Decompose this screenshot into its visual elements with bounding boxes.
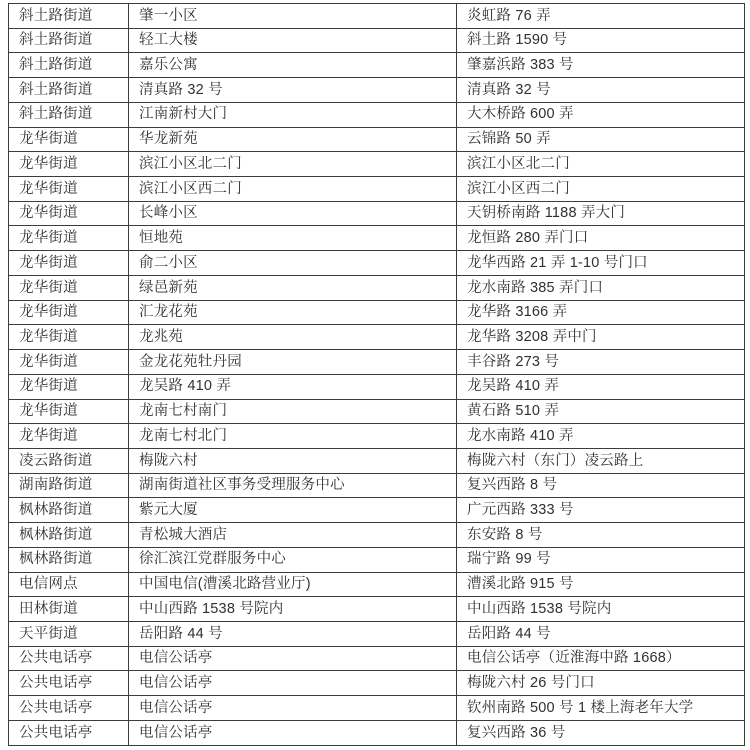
cell-address: 钦州南路 500 号 1 楼上海老年大学 — [457, 696, 745, 721]
cell-address: 漕溪北路 915 号 — [457, 572, 745, 597]
cell-address: 龙华西路 21 弄 1-10 号门口 — [457, 251, 745, 276]
cell-district: 枫林路街道 — [9, 547, 129, 572]
cell-address: 中山西路 1538 号院内 — [457, 597, 745, 622]
table-row: 龙华街道绿邑新苑龙水南路 385 弄门口 — [9, 275, 745, 300]
cell-address: 滨江小区西二门 — [457, 177, 745, 202]
cell-district: 田林街道 — [9, 597, 129, 622]
cell-name: 青松城大酒店 — [129, 523, 457, 548]
cell-name: 岳阳路 44 号 — [129, 621, 457, 646]
cell-address: 岳阳路 44 号 — [457, 621, 745, 646]
cell-name: 金龙花苑牡丹园 — [129, 350, 457, 375]
cell-name: 华龙新苑 — [129, 127, 457, 152]
cell-district: 龙华街道 — [9, 226, 129, 251]
table-row: 龙华街道龙兆苑龙华路 3208 弄中门 — [9, 325, 745, 350]
cell-district: 电信网点 — [9, 572, 129, 597]
cell-district: 枫林路街道 — [9, 498, 129, 523]
table-row: 斜土路街道江南新村大门大木桥路 600 弄 — [9, 102, 745, 127]
cell-name: 俞二小区 — [129, 251, 457, 276]
cell-name: 轻工大楼 — [129, 28, 457, 53]
locations-table: 斜土路街道肇一小区炎虹路 76 弄斜土路街道轻工大楼斜土路 1590 号斜土路街… — [8, 3, 745, 746]
cell-address: 肇嘉浜路 383 号 — [457, 53, 745, 78]
cell-district: 龙华街道 — [9, 127, 129, 152]
cell-district: 公共电话亭 — [9, 646, 129, 671]
cell-district: 湖南路街道 — [9, 473, 129, 498]
table-row: 龙华街道汇龙花苑龙华路 3166 弄 — [9, 300, 745, 325]
cell-name: 滨江小区北二门 — [129, 152, 457, 177]
table-row: 斜土路街道清真路 32 号清真路 32 号 — [9, 78, 745, 103]
cell-name: 中山西路 1538 号院内 — [129, 597, 457, 622]
cell-name: 清真路 32 号 — [129, 78, 457, 103]
cell-name: 梅陇六村 — [129, 448, 457, 473]
cell-address: 广元西路 333 号 — [457, 498, 745, 523]
table-row: 斜土路街道肇一小区炎虹路 76 弄 — [9, 4, 745, 29]
cell-district: 斜土路街道 — [9, 78, 129, 103]
cell-address: 龙水南路 410 弄 — [457, 424, 745, 449]
table-row: 龙华街道龙吴路 410 弄龙吴路 410 弄 — [9, 374, 745, 399]
cell-district: 龙华街道 — [9, 399, 129, 424]
cell-address: 斜土路 1590 号 — [457, 28, 745, 53]
cell-district: 龙华街道 — [9, 374, 129, 399]
table-row: 龙华街道龙南七村南门黄石路 510 弄 — [9, 399, 745, 424]
cell-name: 滨江小区西二门 — [129, 177, 457, 202]
table-row: 龙华街道滨江小区北二门滨江小区北二门 — [9, 152, 745, 177]
table-row: 公共电话亭电信公话亭梅陇六村 26 号门口 — [9, 671, 745, 696]
cell-address: 龙华路 3208 弄中门 — [457, 325, 745, 350]
cell-address: 梅陇六村（东门）凌云路上 — [457, 448, 745, 473]
cell-district: 龙华街道 — [9, 275, 129, 300]
cell-name: 紫元大厦 — [129, 498, 457, 523]
cell-address: 丰谷路 273 号 — [457, 350, 745, 375]
cell-address: 大木桥路 600 弄 — [457, 102, 745, 127]
cell-name: 长峰小区 — [129, 201, 457, 226]
cell-district: 斜土路街道 — [9, 28, 129, 53]
cell-name: 肇一小区 — [129, 4, 457, 29]
table-row: 枫林路街道青松城大酒店东安路 8 号 — [9, 523, 745, 548]
document-page: 斜土路街道肇一小区炎虹路 76 弄斜土路街道轻工大楼斜土路 1590 号斜土路街… — [0, 0, 750, 750]
cell-address: 梅陇六村 26 号门口 — [457, 671, 745, 696]
cell-district: 龙华街道 — [9, 325, 129, 350]
table-row: 龙华街道恒地苑龙恒路 280 弄门口 — [9, 226, 745, 251]
cell-address: 东安路 8 号 — [457, 523, 745, 548]
cell-district: 凌云路街道 — [9, 448, 129, 473]
cell-address: 龙水南路 385 弄门口 — [457, 275, 745, 300]
cell-district: 龙华街道 — [9, 251, 129, 276]
cell-district: 龙华街道 — [9, 177, 129, 202]
table-row: 龙华街道龙南七村北门龙水南路 410 弄 — [9, 424, 745, 449]
cell-district: 龙华街道 — [9, 350, 129, 375]
cell-name: 中国电信(漕溪北路营业厅) — [129, 572, 457, 597]
table-row: 龙华街道金龙花苑牡丹园丰谷路 273 号 — [9, 350, 745, 375]
cell-address: 天钥桥南路 1188 弄大门 — [457, 201, 745, 226]
cell-name: 嘉乐公寓 — [129, 53, 457, 78]
cell-district: 龙华街道 — [9, 300, 129, 325]
table-row: 枫林路街道紫元大厦广元西路 333 号 — [9, 498, 745, 523]
cell-district: 龙华街道 — [9, 152, 129, 177]
cell-name: 恒地苑 — [129, 226, 457, 251]
cell-address: 清真路 32 号 — [457, 78, 745, 103]
table-row: 斜土路街道轻工大楼斜土路 1590 号 — [9, 28, 745, 53]
table-row: 龙华街道华龙新苑云锦路 50 弄 — [9, 127, 745, 152]
table-row: 公共电话亭电信公话亭复兴西路 36 号 — [9, 720, 745, 745]
cell-district: 天平街道 — [9, 621, 129, 646]
table-row: 湖南路街道湖南街道社区事务受理服务中心复兴西路 8 号 — [9, 473, 745, 498]
cell-name: 电信公话亭 — [129, 646, 457, 671]
cell-name: 湖南街道社区事务受理服务中心 — [129, 473, 457, 498]
table-row: 公共电话亭电信公话亭电信公话亭（近淮海中路 1668） — [9, 646, 745, 671]
locations-table-body: 斜土路街道肇一小区炎虹路 76 弄斜土路街道轻工大楼斜土路 1590 号斜土路街… — [9, 4, 745, 746]
cell-name: 汇龙花苑 — [129, 300, 457, 325]
cell-district: 龙华街道 — [9, 424, 129, 449]
cell-district: 斜土路街道 — [9, 102, 129, 127]
cell-name: 龙南七村南门 — [129, 399, 457, 424]
cell-name: 江南新村大门 — [129, 102, 457, 127]
cell-name: 龙南七村北门 — [129, 424, 457, 449]
cell-address: 电信公话亭（近淮海中路 1668） — [457, 646, 745, 671]
cell-name: 电信公话亭 — [129, 696, 457, 721]
cell-name: 徐汇滨江党群服务中心 — [129, 547, 457, 572]
cell-district: 公共电话亭 — [9, 720, 129, 745]
table-row: 斜土路街道嘉乐公寓肇嘉浜路 383 号 — [9, 53, 745, 78]
cell-address: 复兴西路 36 号 — [457, 720, 745, 745]
cell-name: 龙吴路 410 弄 — [129, 374, 457, 399]
cell-address: 龙恒路 280 弄门口 — [457, 226, 745, 251]
table-row: 凌云路街道梅陇六村梅陇六村（东门）凌云路上 — [9, 448, 745, 473]
cell-address: 龙吴路 410 弄 — [457, 374, 745, 399]
cell-address: 复兴西路 8 号 — [457, 473, 745, 498]
cell-name: 电信公话亭 — [129, 720, 457, 745]
cell-name: 电信公话亭 — [129, 671, 457, 696]
cell-district: 龙华街道 — [9, 201, 129, 226]
table-row: 公共电话亭电信公话亭钦州南路 500 号 1 楼上海老年大学 — [9, 696, 745, 721]
table-row: 枫林路街道徐汇滨江党群服务中心瑞宁路 99 号 — [9, 547, 745, 572]
cell-address: 炎虹路 76 弄 — [457, 4, 745, 29]
cell-district: 枫林路街道 — [9, 523, 129, 548]
table-row: 天平街道岳阳路 44 号岳阳路 44 号 — [9, 621, 745, 646]
cell-address: 云锦路 50 弄 — [457, 127, 745, 152]
table-row: 龙华街道俞二小区龙华西路 21 弄 1-10 号门口 — [9, 251, 745, 276]
table-row: 龙华街道滨江小区西二门滨江小区西二门 — [9, 177, 745, 202]
cell-address: 龙华路 3166 弄 — [457, 300, 745, 325]
cell-district: 斜土路街道 — [9, 53, 129, 78]
table-row: 田林街道中山西路 1538 号院内中山西路 1538 号院内 — [9, 597, 745, 622]
table-row: 龙华街道长峰小区天钥桥南路 1188 弄大门 — [9, 201, 745, 226]
cell-address: 黄石路 510 弄 — [457, 399, 745, 424]
table-row: 电信网点中国电信(漕溪北路营业厅)漕溪北路 915 号 — [9, 572, 745, 597]
cell-address: 滨江小区北二门 — [457, 152, 745, 177]
cell-name: 绿邑新苑 — [129, 275, 457, 300]
cell-district: 公共电话亭 — [9, 671, 129, 696]
cell-district: 公共电话亭 — [9, 696, 129, 721]
cell-district: 斜土路街道 — [9, 4, 129, 29]
cell-address: 瑞宁路 99 号 — [457, 547, 745, 572]
cell-name: 龙兆苑 — [129, 325, 457, 350]
